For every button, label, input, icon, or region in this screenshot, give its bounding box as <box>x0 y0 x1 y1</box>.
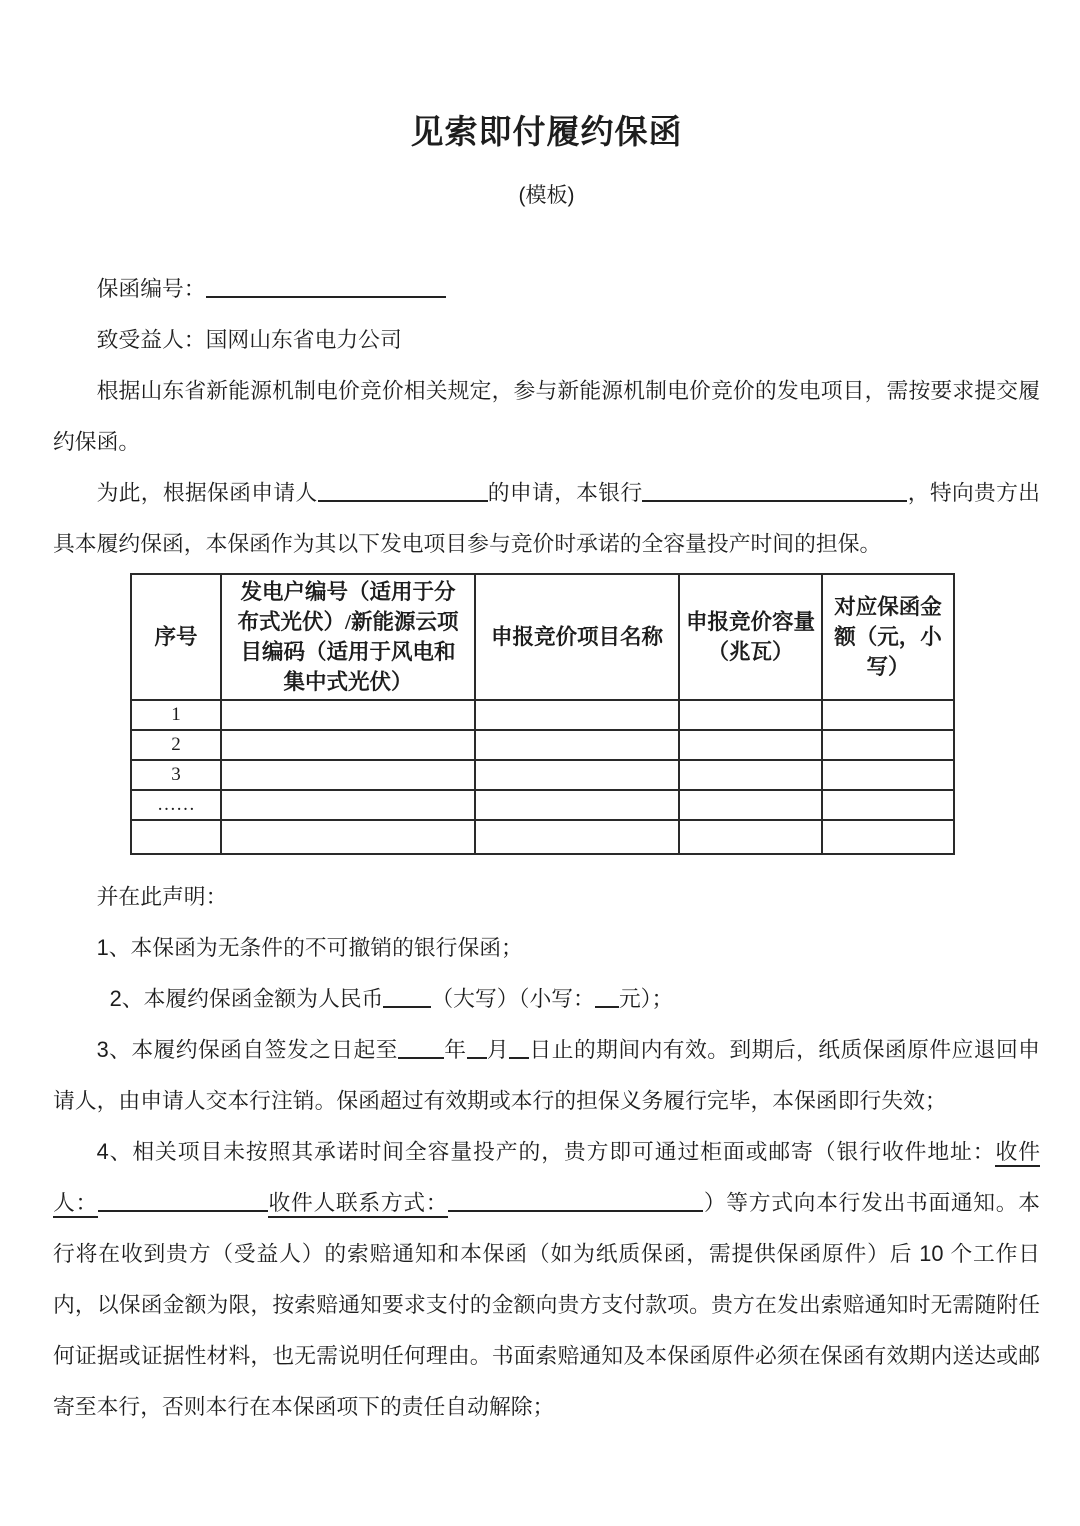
document-page: 见索即付履约保函 (模板) 保函编号： 致受益人：国网山东省电力公司 根据山东省… <box>0 0 1080 1526</box>
cell-capacity <box>679 730 822 760</box>
cell-amount <box>822 820 954 854</box>
declaration-heading: 并在此声明： <box>53 871 1040 922</box>
cell-project <box>475 730 679 760</box>
bank-name-blank <box>642 480 907 502</box>
cell-capacity <box>679 790 822 820</box>
col-header-seq: 序号 <box>131 574 221 700</box>
table-header-row: 序号 发电户编号（适用于分布式光伏）/新能源云项目编码（适用于风电和集中式光伏）… <box>131 574 954 700</box>
clause-3: 3、本履约保函自签发之日起至年月日止的期间内有效。到期后，纸质保函原件应退回申请… <box>53 1024 1040 1126</box>
document-subtitle: (模板) <box>53 179 1040 209</box>
amount-figures-blank <box>595 986 619 1008</box>
cell-amount <box>822 760 954 790</box>
col-header-guarantee-amount: 对应保函金额（元，小写） <box>822 574 954 700</box>
day-blank <box>509 1037 529 1059</box>
table-row: 1 <box>131 700 954 730</box>
document-title: 见索即付履约保函 <box>53 106 1040 153</box>
cell-seq: …… <box>131 790 221 820</box>
cell-amount <box>822 790 954 820</box>
col-header-project-name: 申报竞价项目名称 <box>475 574 679 700</box>
table-row: 3 <box>131 760 954 790</box>
table-row: 2 <box>131 730 954 760</box>
cell-capacity <box>679 760 822 790</box>
cell-code <box>221 790 475 820</box>
col-header-bid-capacity: 申报竞价容量 （兆瓦） <box>679 574 822 700</box>
guarantee-number-line: 保函编号： <box>53 263 1040 314</box>
cell-code <box>221 760 475 790</box>
year-blank <box>398 1037 444 1059</box>
recipient-contact-label: 收件人联系方式： <box>268 1190 448 1218</box>
intro-paragraph: 根据山东省新能源机制电价竞价相关规定，参与新能源机制电价竞价的发电项目，需按要求… <box>53 365 1040 467</box>
month-blank <box>467 1037 487 1059</box>
cell-code <box>221 730 475 760</box>
cell-amount <box>822 730 954 760</box>
clause-2-text-amount: 2、本履约保函金额为人民币 <box>110 986 384 1011</box>
clause-2-text-caps: （大写）（小写： <box>431 986 594 1011</box>
recipient-contact-blank <box>448 1190 703 1212</box>
table-header: 序号 发电户编号（适用于分布式光伏）/新能源云项目编码（适用于风电和集中式光伏）… <box>131 574 954 700</box>
clause-3-text-start: 3、本履约保函自签发之日起至 <box>97 1037 398 1062</box>
year-label: 年 <box>444 1037 467 1062</box>
bid-projects-table: 序号 发电户编号（适用于分布式光伏）/新能源云项目编码（适用于风电和集中式光伏）… <box>130 573 955 855</box>
col-header-generator-code: 发电户编号（适用于分布式光伏）/新能源云项目编码（适用于风电和集中式光伏） <box>221 574 475 700</box>
cell-code <box>221 700 475 730</box>
applicant-bank-paragraph: 为此，根据保函申请人的申请，本银行，特向贵方出具本履约保函，本保函作为其以下发电… <box>53 467 1040 569</box>
clause-4-text-start: 4、相关项目未按照其承诺时间全容量投产的，贵方即可通过柜面或邮寄（银行收件地址： <box>97 1139 996 1164</box>
cell-project <box>475 700 679 730</box>
clause-2: 2、本履约保函金额为人民币（大写）（小写：元）； <box>53 973 1040 1024</box>
clause-2-text-end: 元）； <box>619 986 674 1011</box>
cell-seq: 1 <box>131 700 221 730</box>
cell-amount <box>822 700 954 730</box>
cell-capacity <box>679 700 822 730</box>
recipient-name-blank <box>98 1190 268 1212</box>
month-label: 月 <box>487 1037 510 1062</box>
cell-capacity <box>679 820 822 854</box>
guarantee-number-blank <box>206 276 446 298</box>
applicant-name-blank <box>318 480 488 502</box>
beneficiary-line: 致受益人：国网山东省电力公司 <box>53 314 1040 365</box>
cell-project <box>475 790 679 820</box>
cell-project <box>475 820 679 854</box>
clause-1: 1、本保函为无条件的不可撤销的银行保函； <box>53 922 1040 973</box>
guarantee-number-label: 保函编号： <box>97 276 206 301</box>
table-row: …… <box>131 790 954 820</box>
beneficiary-value: 国网山东省电力公司 <box>206 327 402 352</box>
cell-seq <box>131 820 221 854</box>
cell-project <box>475 760 679 790</box>
cell-seq: 3 <box>131 760 221 790</box>
clause-4: 4、相关项目未按照其承诺时间全容量投产的，贵方即可通过柜面或邮寄（银行收件地址：… <box>53 1126 1040 1432</box>
applicant-text: 为此，根据保函申请人 <box>97 480 318 505</box>
bank-text: 的申请，本银行 <box>488 480 643 505</box>
table-row <box>131 820 954 854</box>
beneficiary-label: 致受益人： <box>97 327 206 352</box>
cell-seq: 2 <box>131 730 221 760</box>
clause-4-text-end: ）等方式向本行发出书面通知。本行将在收到贵方（受益人）的索赔通知和本保函（如为纸… <box>53 1190 1040 1419</box>
amount-words-blank <box>383 986 431 1008</box>
cell-code <box>221 820 475 854</box>
